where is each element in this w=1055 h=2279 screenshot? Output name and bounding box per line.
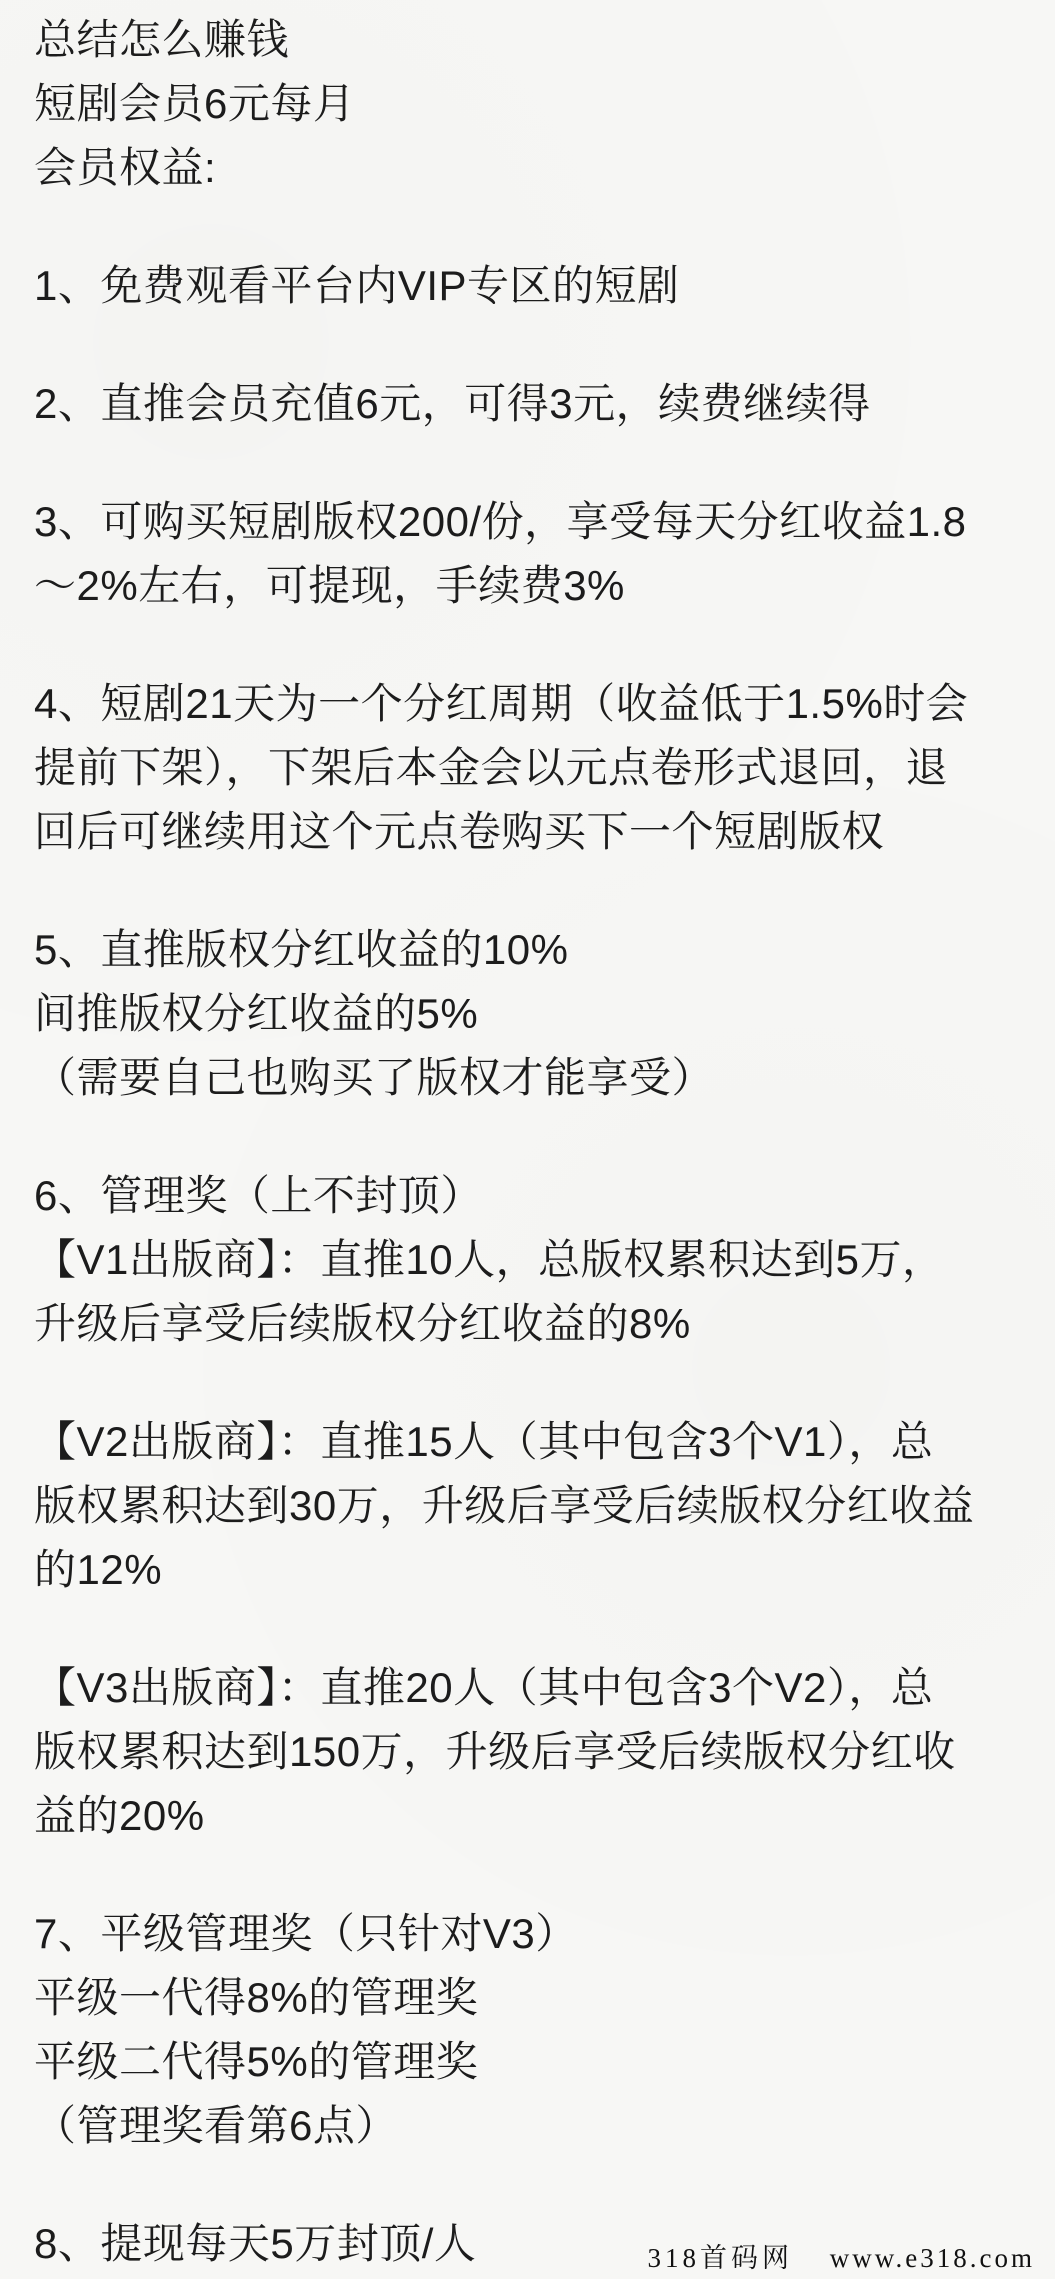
paragraph-item-3: 3、可购买短剧版权200/份，享受每天分红收益1.8 ～2%左右，可提现，手续费… (34, 490, 1041, 618)
document-page: 总结怎么赚钱 短剧会员6元每月 会员权益: 1、免费观看平台内VIP专区的短剧 … (0, 0, 1055, 2279)
paragraph-item-7: 7、平级管理奖（只针对V3） 平级一代得8%的管理奖 平级二代得5%的管理奖 （… (34, 1902, 1041, 2158)
paragraph-item-5: 5、直推版权分红收益的10% 间推版权分红收益的5% （需要自己也购买了版权才能… (34, 918, 1041, 1110)
paragraph-item-4: 4、短剧21天为一个分红周期（收益低于1.5%时会 提前下架），下架后本金会以元… (34, 672, 1041, 864)
watermark: 318首码网 www.e318.com (648, 2236, 1035, 2275)
paragraph-intro: 总结怎么赚钱 短剧会员6元每月 会员权益: (34, 8, 1041, 200)
watermark-site-name: 318首码网 (648, 2243, 794, 2273)
document-body: 总结怎么赚钱 短剧会员6元每月 会员权益: 1、免费观看平台内VIP专区的短剧 … (0, 0, 1055, 2276)
paragraph-item-6-v1: 6、管理奖（上不封顶） 【V1出版商】：直推10人，总版权累积达到5万， 升级后… (34, 1164, 1041, 1356)
watermark-url: www.e318.com (830, 2243, 1035, 2273)
paragraph-item-6-v2: 【V2出版商】：直推15人（其中包含3个V1），总 版权累积达到30万，升级后享… (34, 1410, 1041, 1602)
paragraph-item-1: 1、免费观看平台内VIP专区的短剧 (34, 254, 1041, 318)
paragraph-item-2: 2、直推会员充值6元，可得3元，续费继续得 (34, 372, 1041, 436)
paragraph-item-6-v3: 【V3出版商】：直推20人（其中包含3个V2），总 版权累积达到150万，升级后… (34, 1656, 1041, 1848)
